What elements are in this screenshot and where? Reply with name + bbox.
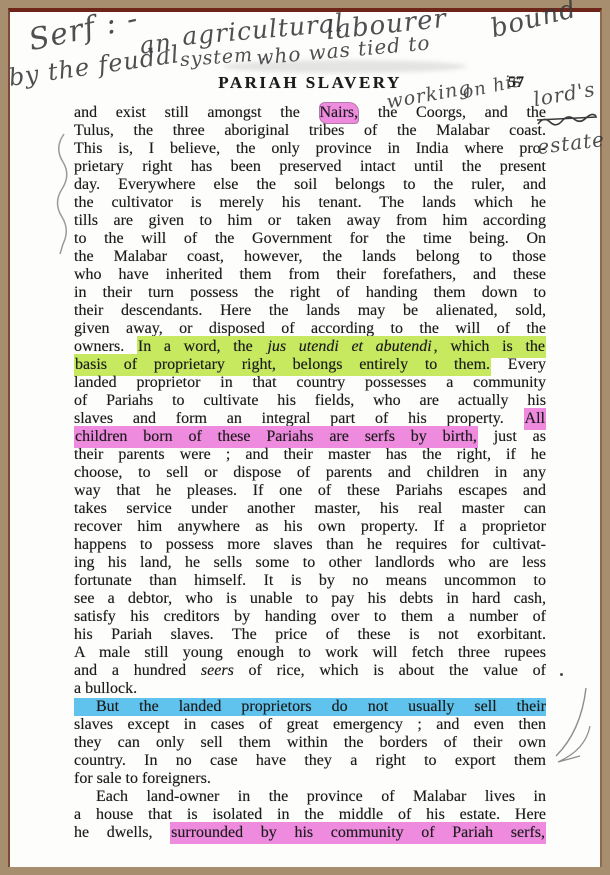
body-line: of Pariahs to cultivate his fields, who … xyxy=(74,392,546,410)
text-segment: This is, I believe, the only province in… xyxy=(74,140,546,157)
text-segment: prietary right has been preserved intact… xyxy=(74,158,546,175)
page-title: PARIAH SLAVERY xyxy=(218,73,402,92)
text-segment: landed proprietor in that country posses… xyxy=(74,374,546,391)
body-line: the cultivator is merely his tenant. The… xyxy=(74,194,546,212)
body-line: choose, to sell or dispose of parents an… xyxy=(74,464,546,482)
text-segment: fortunate than himself. It is by no mean… xyxy=(74,572,546,589)
text-segment: and exist still amongst the xyxy=(74,104,319,121)
body-line: Tulus, the three aboriginal tribes of th… xyxy=(74,122,546,140)
body-line: his Pariah slaves. The price of these is… xyxy=(74,626,546,644)
text-segment: takes service under another master, his … xyxy=(74,500,546,517)
body-line: in their turn possess the right of handi… xyxy=(74,284,546,302)
text-segment: a house that is isolated in the middle o… xyxy=(74,806,546,823)
text-segment: country. In no case have they a right to… xyxy=(74,752,546,769)
highlighted-text: Nairs, xyxy=(319,102,360,124)
text-segment: happens to possess more slaves than he r… xyxy=(74,536,546,553)
text-segment: a bullock. xyxy=(74,680,137,697)
body-line: for sale to foreigners. xyxy=(74,770,546,788)
body-line: basis of proprietary right, belongs enti… xyxy=(74,356,546,374)
body-line: tills are given to him or taken away fro… xyxy=(74,212,546,230)
text-segment: owners. xyxy=(74,338,137,355)
text-segment: they can only sell them within the borde… xyxy=(74,734,546,751)
text-segment: slaves and form an integral part of his … xyxy=(74,410,524,427)
text-segment: recover him anywhere as his own property… xyxy=(74,518,546,535)
text-segment: his Pariah slaves. The price of these is… xyxy=(74,626,546,643)
text-segment: for sale to foreigners. xyxy=(74,770,211,787)
text-segment: he dwells, xyxy=(74,824,170,841)
body-line: happens to possess more slaves than he r… xyxy=(74,536,546,554)
text-segment: who have inherited them from their foref… xyxy=(74,266,546,283)
text-segment: tills are given to him or taken away fro… xyxy=(74,212,546,229)
text-segment: their parents were ; and their master ha… xyxy=(74,446,546,463)
text-segment: A male still young enough to work will f… xyxy=(74,644,546,661)
body-line: takes service under another master, his … xyxy=(74,500,546,518)
text-segment: Tulus, the three aboriginal tribes of th… xyxy=(74,122,546,139)
body-line: and exist still amongst the Nairs, the C… xyxy=(74,104,546,122)
body-line: recover him anywhere as his own property… xyxy=(74,518,546,536)
ink-speck xyxy=(560,673,563,676)
highlighted-text: All xyxy=(524,408,546,430)
body-line: to the will of the Government for the ti… xyxy=(74,230,546,248)
body-line: he dwells, surrounded by his community o… xyxy=(74,824,546,842)
body-line: landed proprietor in that country posses… xyxy=(74,374,546,392)
body-line: ing his land, he sells some to other lan… xyxy=(74,554,546,572)
body-line: who have inherited them from their foref… xyxy=(74,266,546,284)
body-line: children born of these Pariahs are serfs… xyxy=(74,428,546,446)
body-line: and a hundred seers of rice, which is ab… xyxy=(74,662,546,680)
body-line: they can only sell them within the borde… xyxy=(74,734,546,752)
body-line: Each land-owner in the province of Malab… xyxy=(74,788,546,806)
body-line: way that he pleases. If one of these Par… xyxy=(74,482,546,500)
text-segment: of Pariahs to cultivate his fields, who … xyxy=(74,392,546,409)
body-line: country. In no case have they a right to… xyxy=(74,752,546,770)
text-segment: and a hundred xyxy=(74,662,201,679)
text-segment: satisfy his creditors by handing over to… xyxy=(74,608,546,625)
body-line: slaves except in cases of great emergenc… xyxy=(74,716,546,734)
text-segment: Every xyxy=(491,356,546,373)
text-segment: given away, or disposed of according to … xyxy=(74,320,546,337)
body-line: day. Everywhere else the soil belongs to… xyxy=(74,176,546,194)
text-segment: see a debtor, who is unable to pay his d… xyxy=(74,590,546,607)
scanned-book-page: PARIAH SLAVERY 57 and exist still amongs… xyxy=(0,0,610,875)
text-segment: in their turn possess the right of handi… xyxy=(74,284,546,301)
text-segment: Each land-owner in the province of Malab… xyxy=(96,788,546,805)
text-segment: of rice, which is about the value of xyxy=(234,662,546,679)
highlighted-text: surrounded by his community of Pariah se… xyxy=(170,822,546,844)
body-line: the Malabar coast, however, the lands be… xyxy=(74,248,546,266)
text-segment: seers xyxy=(201,662,234,679)
text-segment: choose, to sell or dispose of parents an… xyxy=(74,464,546,481)
body-line: A male still young enough to work will f… xyxy=(74,644,546,662)
text-segment: their descendants. Here the lands may be… xyxy=(74,302,546,319)
text-segment: just as xyxy=(478,428,546,445)
body-line: their parents were ; and their master ha… xyxy=(74,446,546,464)
highlighted-text: children born of these Pariahs are serfs… xyxy=(74,426,478,448)
body-line: see a debtor, who is unable to pay his d… xyxy=(74,590,546,608)
body-line: But the landed proprietors do not usuall… xyxy=(74,698,546,716)
text-segment: to the will of the Government for the ti… xyxy=(74,230,546,247)
text-segment: day. Everywhere else the soil belongs to… xyxy=(74,176,546,193)
body-line: fortunate than himself. It is by no mean… xyxy=(74,572,546,590)
body-line: their descendants. Here the lands may be… xyxy=(74,302,546,320)
highlighted-text: basis of proprietary right, belongs enti… xyxy=(74,354,491,376)
body-line: This is, I believe, the only province in… xyxy=(74,140,546,158)
text-segment: But the landed proprietors do not usuall… xyxy=(96,698,546,715)
text-segment: slaves except in cases of great emergenc… xyxy=(74,716,546,733)
margin-squiggle xyxy=(50,132,72,256)
body-line: a bullock. xyxy=(74,680,546,698)
body-text: and exist still amongst the Nairs, the C… xyxy=(74,104,546,842)
text-segment: ing his land, he sells some to other lan… xyxy=(74,554,546,571)
text-segment: the Malabar coast, however, the lands be… xyxy=(74,248,546,265)
text-segment: the cultivator is merely his tenant. The… xyxy=(74,194,546,211)
pencil-mark xyxy=(546,686,592,780)
body-line: satisfy his creditors by handing over to… xyxy=(74,608,546,626)
body-line: prietary right has been preserved intact… xyxy=(74,158,546,176)
crossed-out-word xyxy=(536,110,598,130)
text-segment: way that he pleases. If one of these Par… xyxy=(74,482,546,499)
